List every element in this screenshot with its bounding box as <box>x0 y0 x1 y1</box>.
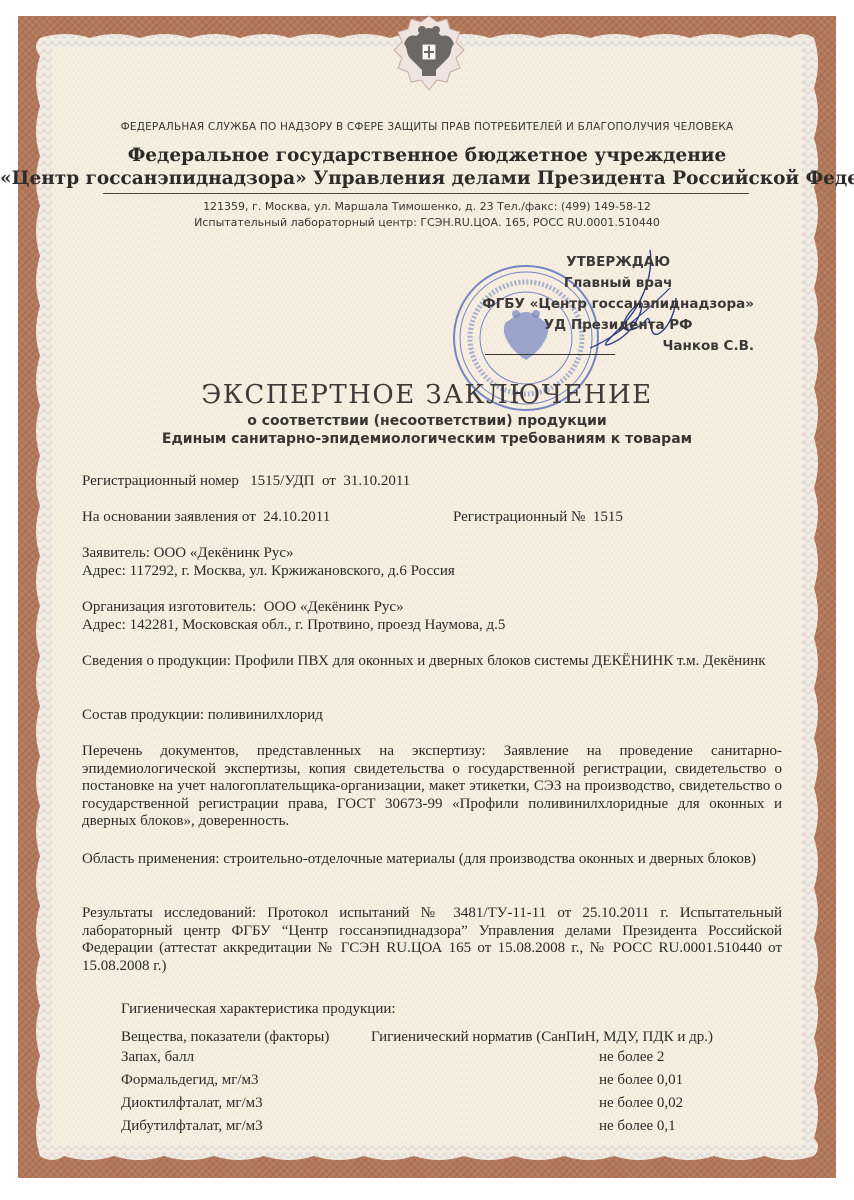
manufacturer-label: Организация изготовитель: <box>82 599 256 615</box>
applicant-label: Заявитель: <box>82 545 150 561</box>
approver-position-line1: Главный врач <box>482 273 754 294</box>
applicant-address: 117292, г. Москва, ул. Кржижановского, д… <box>130 563 455 579</box>
approver-position-line2: ФГБУ «Центр госсанэпиднадзора» <box>482 294 754 315</box>
document-subtitle-line2: Единым санитарно-эпидемиологическим треб… <box>0 431 854 447</box>
registration-date-prefix: от <box>322 473 336 489</box>
reg-no-label: Регистрационный № <box>453 509 585 525</box>
institution-address: 121359, г. Москва, ул. Маршала Тимошенко… <box>0 200 854 213</box>
registration-number-label: Регистрационный номер <box>82 473 239 489</box>
registration-number-line: Регистрационный номер 1515/УДП от 31.10.… <box>82 473 410 490</box>
hygiene-table: Вещества, показатели (факторы) Гигиениче… <box>121 1029 741 1141</box>
factor-cell: Формальдегид, мг/м3 <box>121 1072 371 1095</box>
hygiene-table-header: Вещества, показатели (факторы) Гигиениче… <box>121 1029 741 1049</box>
approval-block: УТВЕРЖДАЮ Главный врач ФГБУ «Центр госса… <box>482 252 754 357</box>
approver-position-line3: УД Президента РФ <box>482 315 754 336</box>
manufacturer-name: ООО «Декёнинк Рус» <box>264 599 404 615</box>
reg-no: 1515 <box>593 509 623 525</box>
applicant-name: ООО «Декёнинк Рус» <box>154 545 294 561</box>
signature-line <box>485 354 615 355</box>
table-row: Диоктилфталат, мг/м3 не более 0,02 <box>121 1095 741 1118</box>
registration-number: 1515/УДП <box>250 473 314 489</box>
documents-list: Перечень документов, представленных на э… <box>82 743 782 831</box>
factor-cell: Дибутилфталат, мг/м3 <box>121 1118 371 1141</box>
double-headed-eagle-emblem-icon <box>392 14 466 94</box>
application-label: На основании заявления от <box>82 509 256 525</box>
research-results: Результаты исследований: Протокол испыта… <box>82 905 782 975</box>
product-composition: Состав продукции: поливинилхлорид <box>82 707 323 724</box>
norm-cell: не более 2 <box>371 1049 741 1072</box>
norm-cell: не более 0,1 <box>371 1118 741 1141</box>
manufacturer-address: 142281, Московская обл., г. Протвино, пр… <box>130 617 506 633</box>
registration-date: 31.10.2011 <box>343 473 410 489</box>
institution-name-line2: «Центр госсанэпиднадзора» Управления дел… <box>0 168 854 189</box>
institution-name-line1: Федеральное государственное бюджетное уч… <box>0 145 854 166</box>
factor-cell: Запах, балл <box>121 1049 371 1072</box>
factor-cell: Диоктилфталат, мг/м3 <box>121 1095 371 1118</box>
application-line: На основании заявления от 24.10.2011 <box>82 509 330 526</box>
hygiene-section-title: Гигиеническая характеристика продукции: <box>121 1001 396 1018</box>
approval-label: УТВЕРЖДАЮ <box>482 252 754 273</box>
application-area: Область применения: строительно-отделочн… <box>82 851 762 869</box>
table-row: Дибутилфталат, мг/м3 не более 0,1 <box>121 1118 741 1141</box>
manufacturer-address-line: Адрес: 142281, Московская обл., г. Протв… <box>82 617 505 634</box>
applicant-address-line: Адрес: 117292, г. Москва, ул. Кржижановс… <box>82 563 455 580</box>
reg-no-line: Регистрационный № 1515 <box>453 509 623 526</box>
document-subtitle-line1: о соответствии (несоответствии) продукци… <box>0 413 854 429</box>
table-row: Запах, балл не более 2 <box>121 1049 741 1072</box>
table-row: Формальдегид, мг/м3 не более 0,01 <box>121 1072 741 1095</box>
applicant-address-label: Адрес: <box>82 563 126 579</box>
norm-cell: не более 0,01 <box>371 1072 741 1095</box>
norm-cell: не более 0,02 <box>371 1095 741 1118</box>
product-info: Сведения о продукции: Профили ПВХ для ок… <box>82 653 772 671</box>
column-header-norm: Гигиенический норматив (СанПиН, МДУ, ПДК… <box>371 1029 741 1049</box>
application-date: 24.10.2011 <box>263 509 330 525</box>
manufacturer-line: Организация изготовитель: ООО «Декёнинк … <box>82 599 404 616</box>
header-divider <box>103 193 749 194</box>
manufacturer-address-label: Адрес: <box>82 617 126 633</box>
column-header-factor: Вещества, показатели (факторы) <box>121 1029 371 1049</box>
lab-center-info: Испытательный лабораторный центр: ГСЭН.R… <box>0 216 854 229</box>
agency-name: ФЕДЕРАЛЬНАЯ СЛУЖБА ПО НАДЗОРУ В СФЕРЕ ЗА… <box>0 121 854 133</box>
applicant-line: Заявитель: ООО «Декёнинк Рус» <box>82 545 294 562</box>
document-title: ЭКСПЕРТНОЕ ЗАКЛЮЧЕНИЕ <box>0 380 854 410</box>
